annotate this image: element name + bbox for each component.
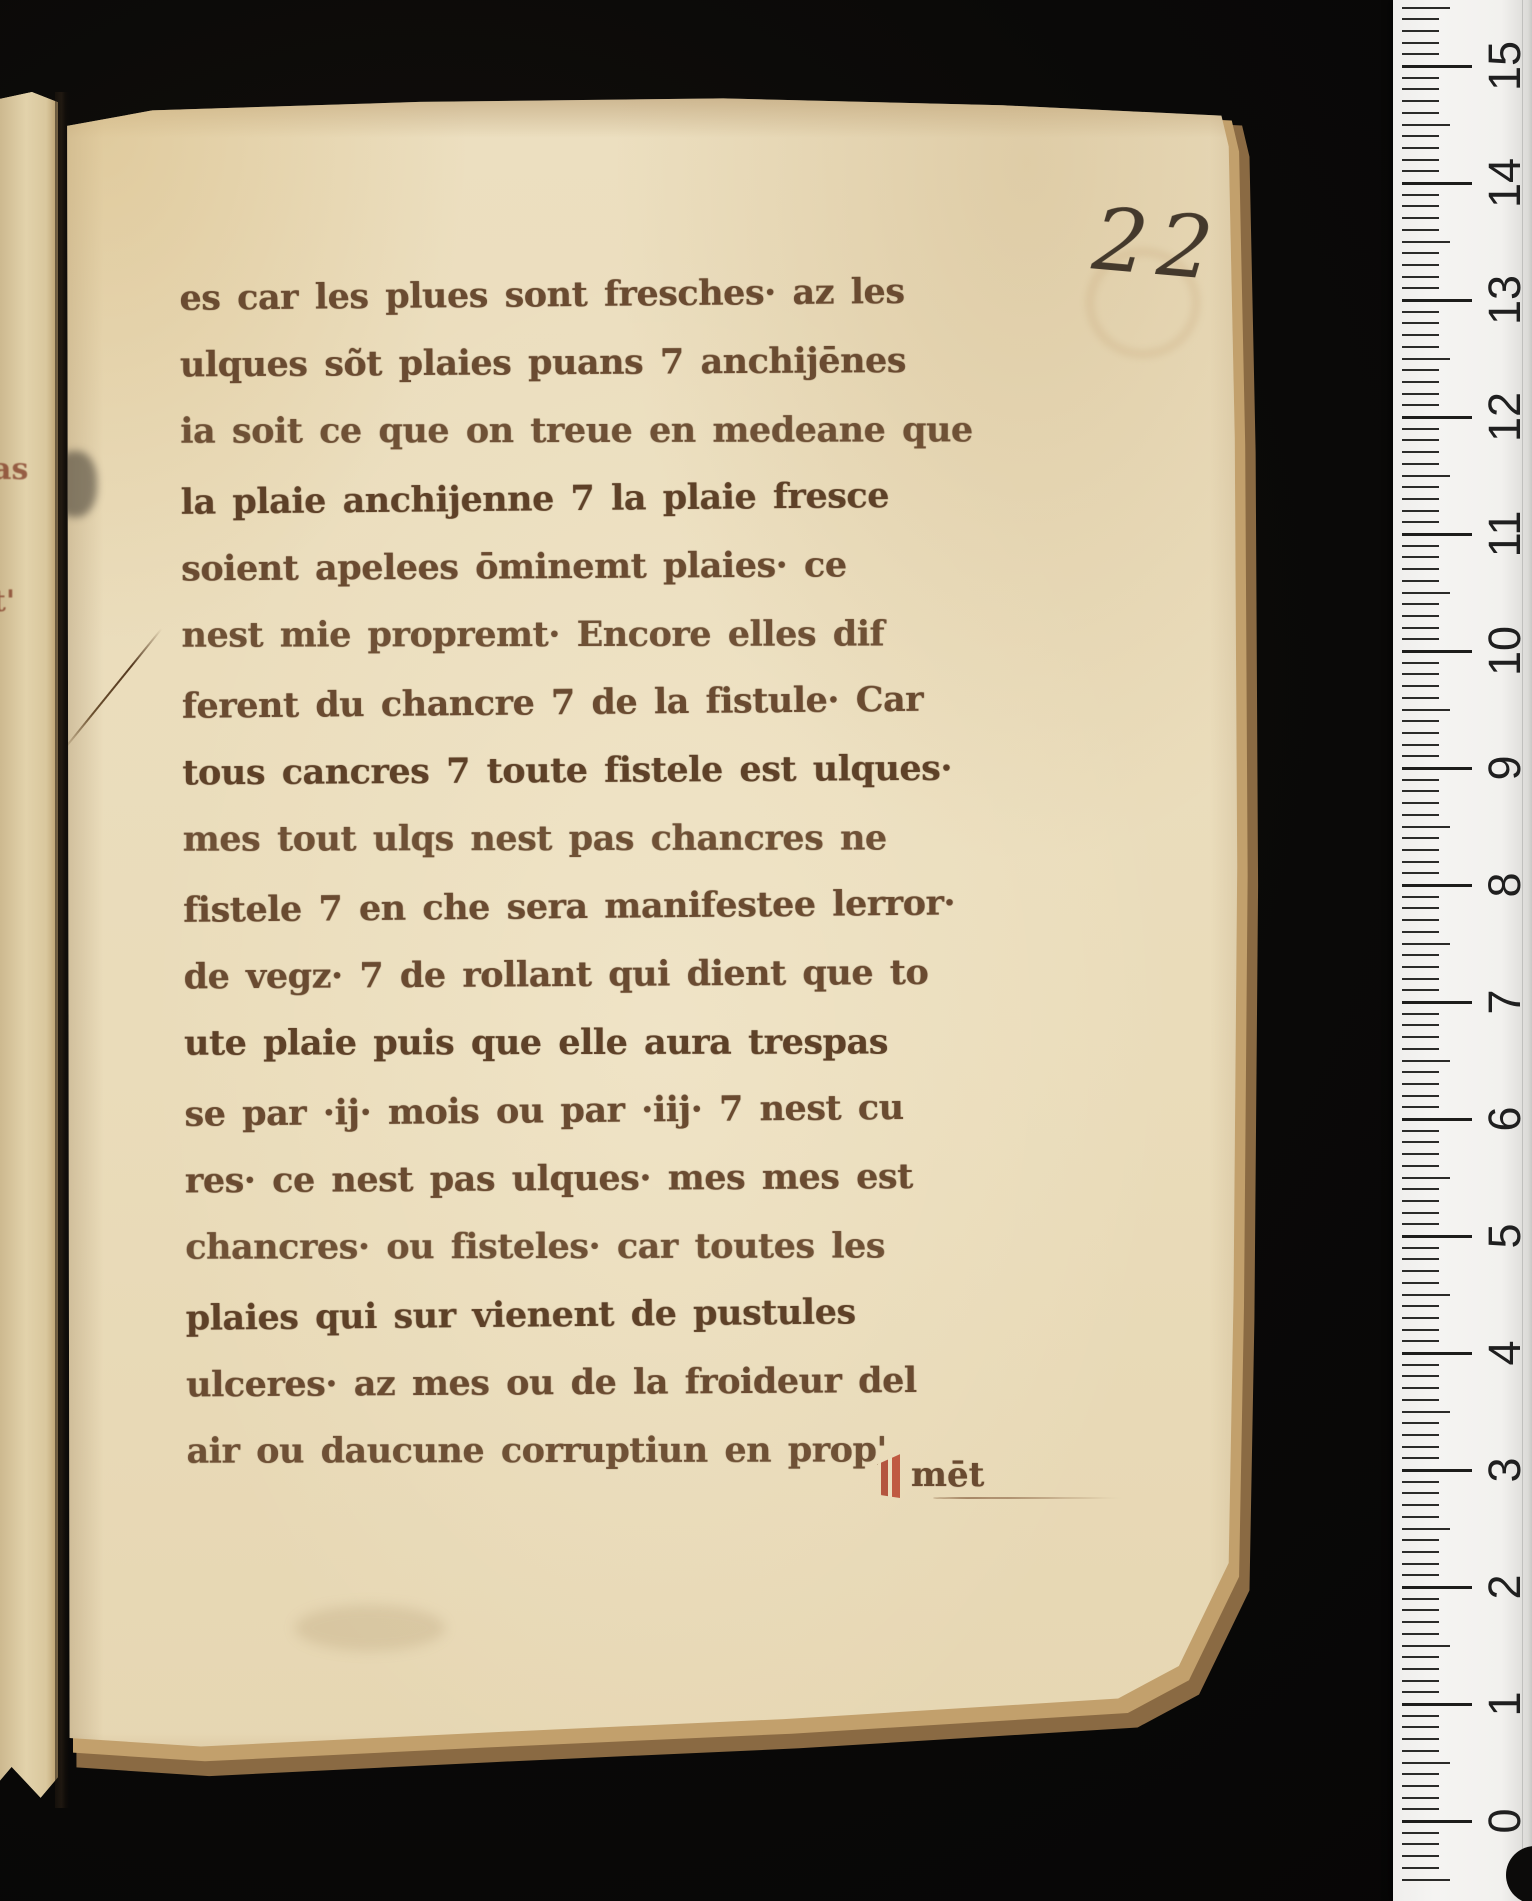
text-line: es car les plues sont fresches· az les xyxy=(179,257,980,333)
ruler-number: 2 xyxy=(1477,1559,1532,1615)
ruler-tick xyxy=(1402,884,1472,887)
ruler-tick xyxy=(1402,88,1439,90)
text-line: fistele 7 en che sera manifestee lerror· xyxy=(183,869,984,945)
ruler-tick xyxy=(1402,1329,1439,1331)
ink-smudge xyxy=(53,451,97,517)
ruler-tick xyxy=(1402,580,1439,582)
ruler-tick xyxy=(1402,322,1439,324)
ruler-number: 6 xyxy=(1477,1091,1532,1147)
text-line: ulceres· az mes ou de la froideur del xyxy=(186,1347,986,1420)
manuscript-text-block: es car les plues sont fresches· az lesul… xyxy=(179,259,986,1488)
ruler-tick xyxy=(1402,299,1472,302)
ruler-tick xyxy=(1402,1621,1439,1623)
ruler-number: 4 xyxy=(1477,1325,1532,1381)
ruler-tick xyxy=(1402,1656,1439,1658)
ruler-tick xyxy=(1402,112,1439,114)
text-line: air ou daucune corruptiun en prop' xyxy=(186,1416,986,1485)
ruler-tick xyxy=(1402,697,1439,699)
ruler-number: 9 xyxy=(1477,740,1532,796)
ruler-tick xyxy=(1402,100,1439,102)
ruler-tick xyxy=(1402,1095,1439,1097)
text-line: ulques sõt plaies puans 7 anchijēnes xyxy=(180,327,980,400)
ruler-tick xyxy=(1402,1715,1439,1717)
ruler-tick xyxy=(1402,1633,1439,1635)
ruler-tick xyxy=(1402,1071,1439,1073)
ruler-tick xyxy=(1402,1188,1439,1190)
ruler-tick xyxy=(1402,1235,1472,1238)
ruler-tick xyxy=(1402,907,1439,909)
ruler-tick xyxy=(1402,1586,1472,1589)
margin-text-fragment: t' xyxy=(0,584,15,619)
ruler-tick xyxy=(1402,650,1472,653)
text-line: la plaie anchijenne 7 la plaie fresce xyxy=(180,461,981,537)
ruler-number: 7 xyxy=(1477,974,1532,1030)
ruler-tick xyxy=(1402,989,1439,991)
ruler-tick xyxy=(1402,1387,1439,1389)
ruler-number: 11 xyxy=(1477,506,1532,562)
ruler-tick xyxy=(1402,1469,1472,1472)
text-line: ute plaie puis que elle aura trespas xyxy=(184,1008,984,1077)
ruler-tick xyxy=(1402,358,1450,360)
ruler-tick xyxy=(1402,1832,1439,1834)
ruler-tick xyxy=(1402,276,1439,278)
photograph-background: { "page": { "folio_number": "22", "lines… xyxy=(0,0,1532,1901)
ruler-tick xyxy=(1402,1340,1439,1342)
ruler-tick xyxy=(1402,1153,1439,1155)
ruler-tick xyxy=(1402,896,1439,898)
ruler-tick xyxy=(1402,1270,1439,1272)
ruler-tick xyxy=(1402,545,1439,547)
ruler-tick xyxy=(1402,428,1439,430)
ruler-tick xyxy=(1402,369,1439,371)
ruler-tick xyxy=(1402,1200,1439,1202)
ruler-tick xyxy=(1402,1481,1439,1483)
ruler-tick xyxy=(1402,416,1472,419)
ruler-tick xyxy=(1402,334,1439,336)
ruler-tick xyxy=(1402,7,1450,9)
ruler-tick xyxy=(1402,124,1450,126)
text-line: ia soit ce que on treue en medeane que xyxy=(180,396,980,465)
ruler-tick xyxy=(1402,264,1439,266)
ruler-tick xyxy=(1402,1001,1472,1004)
ruler-tick xyxy=(1402,1083,1439,1085)
ruler-number: 5 xyxy=(1477,1208,1532,1264)
ruler-tick xyxy=(1402,77,1439,79)
margin-text-fragment: as xyxy=(0,452,28,487)
ruler-tick xyxy=(1402,194,1439,196)
ruler-tick xyxy=(1402,241,1450,243)
ruler-tick xyxy=(1402,463,1439,465)
ruler-tick xyxy=(1402,1118,1472,1121)
ruler-tick xyxy=(1402,498,1439,500)
ruler-tick xyxy=(1402,1305,1439,1307)
ruler-tick xyxy=(1402,1024,1439,1026)
ruler-tick xyxy=(1402,170,1439,172)
ruler-tick xyxy=(1402,1060,1450,1062)
ruler-tick xyxy=(1402,311,1439,313)
ruler-tick xyxy=(1402,861,1439,863)
ruler-tick xyxy=(1402,966,1439,968)
facing-page-sliver: as t' xyxy=(0,92,58,1808)
ruler-tick xyxy=(1402,486,1439,488)
ruler-tick xyxy=(1402,475,1450,477)
ruler-tick xyxy=(1402,1843,1439,1845)
ruler-tick xyxy=(1402,556,1439,558)
ruler-tick xyxy=(1402,1528,1450,1530)
ruler-number: 10 xyxy=(1477,623,1532,679)
ruler-tick xyxy=(1402,510,1439,512)
ruler-tick xyxy=(1402,147,1439,149)
ruler-tick xyxy=(1402,1165,1439,1167)
ruler-tick xyxy=(1402,779,1439,781)
ruler-tick xyxy=(1402,381,1439,383)
ruler-tick xyxy=(1402,1680,1439,1682)
ruler-tick xyxy=(1402,1106,1439,1108)
ruler-tick xyxy=(1402,662,1439,664)
ruler-tick xyxy=(1402,1375,1439,1377)
ruler-tick xyxy=(1402,217,1439,219)
text-line: soient apelees ōminemt plaies· ce xyxy=(181,531,981,604)
ruler-tick xyxy=(1402,720,1439,722)
ruler-tick xyxy=(1402,1048,1439,1050)
ruler-tick xyxy=(1402,439,1439,441)
catchword: mēt xyxy=(877,1451,984,1505)
ruler-tick xyxy=(1402,533,1472,536)
ruler-tick xyxy=(1402,451,1439,453)
ruler-tick xyxy=(1402,1879,1450,1881)
ruler-tick xyxy=(1402,1212,1439,1214)
ruler-tick xyxy=(1402,135,1439,137)
ruler-tick xyxy=(1402,1352,1472,1355)
paraph-mark-icon xyxy=(877,1451,907,1499)
ruler-tick xyxy=(1402,1422,1439,1424)
ruler-tick xyxy=(1402,837,1439,839)
text-line: mes tout ulqs nest pas chancres ne xyxy=(183,804,983,873)
ruler-tick xyxy=(1402,1364,1439,1366)
ruler-tick xyxy=(1402,978,1439,980)
text-line: plaies qui sur vienent de pustules xyxy=(185,1277,986,1353)
ruler-tick xyxy=(1402,1785,1439,1787)
ruler-tick xyxy=(1402,1750,1439,1752)
ruler-number: 12 xyxy=(1477,389,1532,445)
ruler-tick xyxy=(1402,931,1439,933)
ruler-tick xyxy=(1402,1668,1439,1670)
ruler-tick xyxy=(1402,1820,1472,1823)
text-line: ferent du chancre 7 de la fistule· Car xyxy=(182,665,983,741)
ruler-number: 14 xyxy=(1477,155,1532,211)
ruler-tick xyxy=(1402,1411,1450,1413)
ruler-tick xyxy=(1402,814,1439,816)
ruler-tick xyxy=(1402,1574,1439,1576)
ruler-tick xyxy=(1402,159,1439,161)
ruler-tick xyxy=(1402,346,1439,348)
ruler-tick xyxy=(1402,1867,1439,1869)
ruler-tick xyxy=(1402,685,1439,687)
ruler-tick xyxy=(1402,1703,1472,1706)
ruler-number: 0 xyxy=(1477,1793,1532,1849)
ruler-tick xyxy=(1402,404,1439,406)
manuscript-page-stack: 22 es car les plues sont fresches· az le… xyxy=(55,95,1270,1810)
manuscript-page: 22 es car les plues sont fresches· az le… xyxy=(55,95,1270,1810)
ruler-tick xyxy=(1402,603,1439,605)
ruler-tick xyxy=(1402,709,1450,711)
ruler-tick xyxy=(1402,252,1439,254)
ruler-tick xyxy=(1402,229,1439,231)
ruler-tick xyxy=(1402,1808,1439,1810)
ruler-tick xyxy=(1402,30,1439,32)
ruler-tick xyxy=(1402,393,1439,395)
ruler-tick xyxy=(1402,1258,1439,1260)
text-line: chancres· ou fisteles· car toutes les xyxy=(185,1212,985,1281)
ruler-tick xyxy=(1402,53,1439,55)
ruler-tick xyxy=(1402,1609,1439,1611)
ruler-tick xyxy=(1402,1446,1439,1448)
ruler-tick xyxy=(1402,790,1439,792)
ruler-tick xyxy=(1402,1539,1439,1541)
ruler-number: 8 xyxy=(1477,857,1532,913)
ruler-tick xyxy=(1402,954,1439,956)
ruler-tick xyxy=(1402,872,1439,874)
ruler-tick xyxy=(1402,943,1450,945)
ruler-tick xyxy=(1402,1645,1450,1647)
ruler-tick xyxy=(1402,1457,1439,1459)
ruler: 0123456789101112131415 xyxy=(1393,0,1532,1901)
ruler-tick xyxy=(1402,1504,1439,1506)
parchment-crack xyxy=(62,628,163,752)
ruler-tick xyxy=(1402,673,1439,675)
ruler-tick xyxy=(1402,755,1439,757)
show-through-mark xyxy=(295,1605,445,1651)
ruler-number: 1 xyxy=(1477,1676,1532,1732)
text-line: tous cancres 7 toute fistele est ulques· xyxy=(182,735,982,808)
ruler-tick xyxy=(1402,1738,1439,1740)
ruler-tick xyxy=(1402,849,1439,851)
text-line: res· ce nest pas ulques· mes mes est xyxy=(185,1143,985,1216)
ruler-tick xyxy=(1402,1762,1450,1764)
catchword-text: mēt xyxy=(911,1455,984,1495)
ruler-tick xyxy=(1402,1726,1439,1728)
ruler-tick xyxy=(1402,1247,1439,1249)
ruler-tick xyxy=(1402,744,1439,746)
text-line: nest mie propremt· Encore elles dif xyxy=(181,600,981,669)
ruler-tick xyxy=(1402,1598,1439,1600)
ruler-tick xyxy=(1402,1223,1439,1225)
catchword-flourish xyxy=(933,1497,1123,1499)
ruler-number: 3 xyxy=(1477,1442,1532,1498)
ruler-tick xyxy=(1402,1691,1439,1693)
ruler-tick xyxy=(1402,65,1472,68)
ruler-tick xyxy=(1402,1773,1439,1775)
ruler-tick xyxy=(1402,1855,1439,1857)
ruler-tick xyxy=(1402,767,1472,770)
ruler-number: 13 xyxy=(1477,272,1532,328)
ruler-tick xyxy=(1402,521,1439,523)
ruler-tick xyxy=(1402,205,1439,207)
ruler-tick xyxy=(1402,638,1439,640)
ruler-tick xyxy=(1402,1177,1450,1179)
ruler-tick xyxy=(1402,1399,1439,1401)
ruler-tick xyxy=(1402,1492,1439,1494)
ruler-tick xyxy=(1402,1516,1439,1518)
ruler-tick xyxy=(1402,18,1439,20)
ruler-tick xyxy=(1402,568,1439,570)
ruler-number: 15 xyxy=(1477,38,1532,94)
ruler-tick xyxy=(1402,182,1472,185)
ruler-tick xyxy=(1402,1294,1450,1296)
folio-number: 22 xyxy=(1089,190,1227,301)
ruler-tick xyxy=(1402,1317,1439,1319)
ruler-tick xyxy=(1402,1563,1439,1565)
ruler-tick xyxy=(1402,615,1439,617)
ruler-tick xyxy=(1402,42,1439,44)
ruler-tick xyxy=(1402,287,1439,289)
ruler-tick xyxy=(1402,1130,1439,1132)
ruler-tick xyxy=(1402,732,1439,734)
ruler-tick xyxy=(1402,1797,1439,1799)
ruler-tick xyxy=(1402,802,1439,804)
ruler-tick xyxy=(1402,1282,1439,1284)
ruler-tick xyxy=(1402,826,1450,828)
text-line: se par ·ij· mois ou par ·iij· 7 nest cu xyxy=(184,1073,985,1149)
ruler-tick xyxy=(1402,1551,1439,1553)
ruler-tick xyxy=(1402,1036,1439,1038)
ruler-tick xyxy=(1402,919,1439,921)
text-line: de vegz· 7 de rollant qui dient que to xyxy=(183,939,983,1012)
ruler-tick xyxy=(1402,1141,1439,1143)
ruler-tick xyxy=(1402,1013,1439,1015)
ruler-tick xyxy=(1402,1434,1439,1436)
ruler-tick xyxy=(1402,592,1450,594)
ruler-tick xyxy=(1402,627,1439,629)
